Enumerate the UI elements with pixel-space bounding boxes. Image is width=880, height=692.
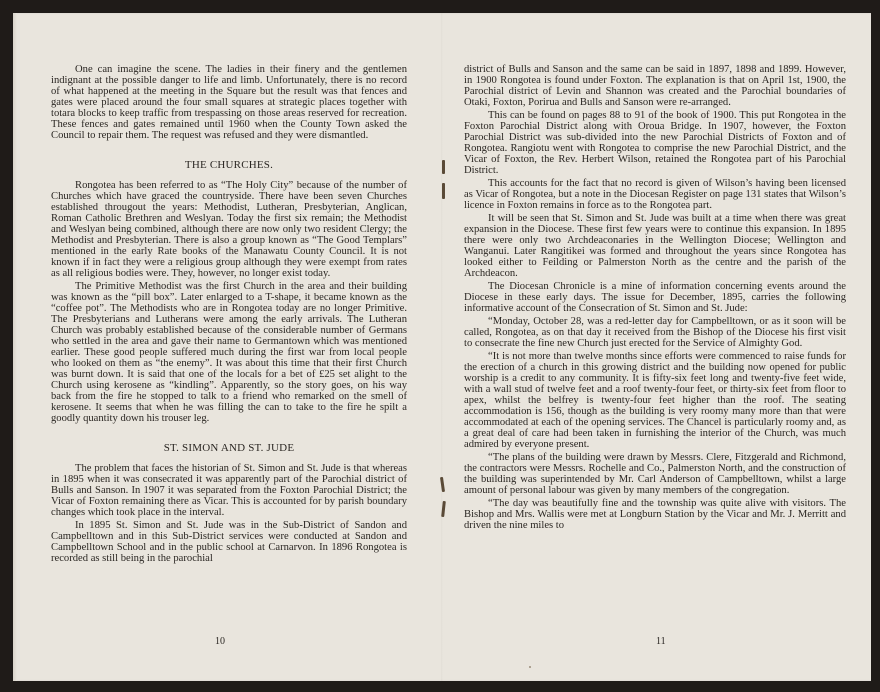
heading-the-churches: THE CHURCHES. bbox=[51, 160, 407, 171]
paragraph-diocese-expansion: It will be seen that St. Simon and St. J… bbox=[464, 213, 846, 279]
paper-speck bbox=[529, 666, 531, 668]
quote-beautiful-day: “The day was beautifully fine and the to… bbox=[464, 498, 846, 531]
quote-church-dimensions: “It is not more than twelve months since… bbox=[464, 351, 846, 450]
paragraph-sub-district-1895: In 1895 St. Simon and St. Jude was in th… bbox=[51, 520, 407, 564]
page-number-left: 10 bbox=[215, 636, 225, 647]
paragraph-wilson-licence: This accounts for the fact that no recor… bbox=[464, 178, 846, 211]
booklet-spread: One can imagine the scene. The ladies in… bbox=[13, 13, 871, 681]
page-number-right: 11 bbox=[656, 636, 666, 647]
staple-bottom-2 bbox=[441, 501, 446, 517]
left-page: One can imagine the scene. The ladies in… bbox=[51, 64, 407, 566]
paragraph-diocesan-chronicle: The Diocesan Chronicle is a mine of info… bbox=[464, 281, 846, 314]
staple-top-1 bbox=[442, 160, 445, 174]
paragraph-primitive-methodist: The Primitive Methodist was the first Ch… bbox=[51, 281, 407, 424]
staple-top-2 bbox=[442, 183, 445, 199]
paragraph-scene: One can imagine the scene. The ladies in… bbox=[51, 64, 407, 141]
paragraph-book-of-1900: This can be found on pages 88 to 91 of t… bbox=[464, 110, 846, 176]
paragraph-continuation-bulls-sanson: district of Bulls and Sanson and the sam… bbox=[464, 64, 846, 108]
paragraph-historian-problem: The problem that faces the historian of … bbox=[51, 463, 407, 518]
right-page: district of Bulls and Sanson and the sam… bbox=[464, 64, 846, 533]
center-gutter bbox=[441, 13, 443, 681]
quote-plans-contractors: “The plans of the building were drawn by… bbox=[464, 452, 846, 496]
paragraph-holy-city: Rongotea has been referred to as “The Ho… bbox=[51, 180, 407, 279]
quote-red-letter-day: “Monday, October 28, was a red-letter da… bbox=[464, 316, 846, 349]
heading-st-simon-st-jude: ST. SIMON AND ST. JUDE bbox=[51, 443, 407, 454]
